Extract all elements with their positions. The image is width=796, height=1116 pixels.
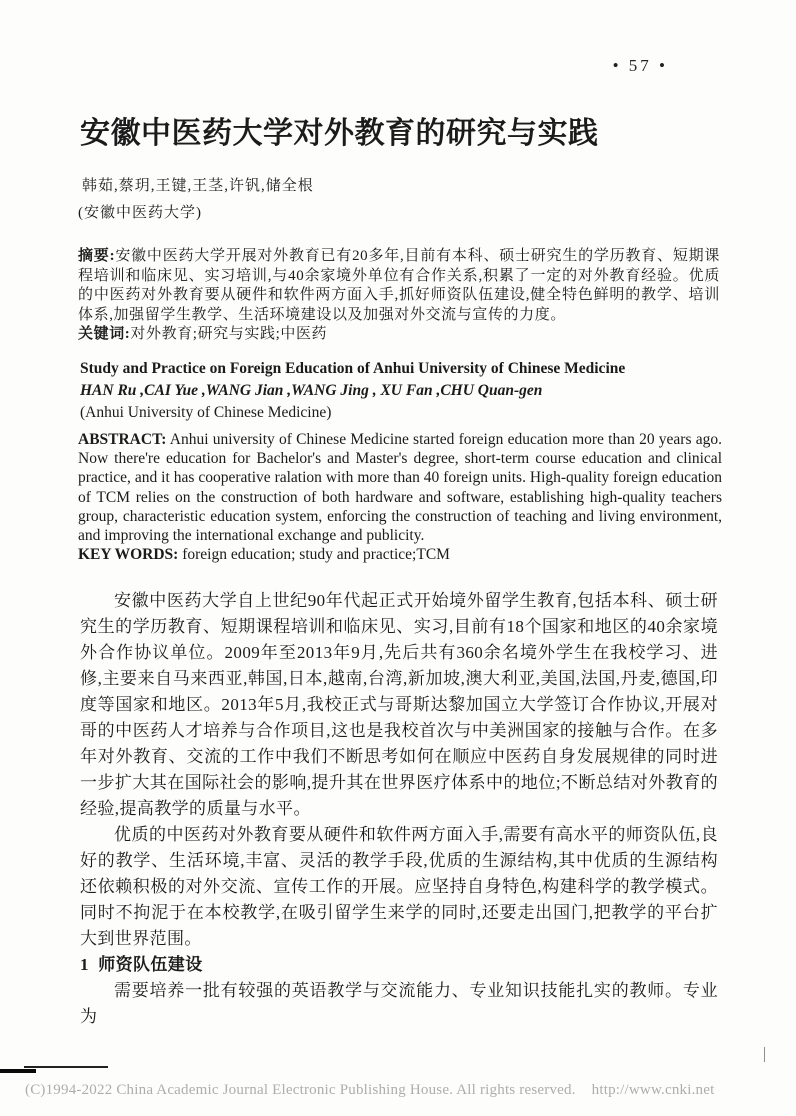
scan-artifact-tick bbox=[764, 1047, 765, 1062]
authors-zh: 韩茹,蔡玥,王键,王茎,许钒,储全根 bbox=[82, 174, 314, 195]
keywords-zh-text: 对外教育;研究与实践;中医药 bbox=[130, 326, 327, 342]
abstract-zh-paragraph: 摘要:安徽中医药大学开展对外教育已有20多年,目前有本科、硕士研究生的学历教育、… bbox=[78, 247, 720, 325]
keywords-en-paragraph: KEY WORDS: foreign education; study and … bbox=[78, 545, 722, 564]
abstract-zh-text: 安徽中医药大学开展对外教育已有20多年,目前有本科、硕士研究生的学历教育、短期课… bbox=[78, 248, 720, 323]
keywords-en-text: foreign education; study and practice;TC… bbox=[182, 546, 450, 563]
footer-rule-thin bbox=[24, 1066, 108, 1068]
keywords-zh-paragraph: 关键词:对外教育;研究与实践;中医药 bbox=[78, 325, 720, 345]
body-paragraph-2: 优质的中医药对外教育要从硬件和软件两方面入手,需要有高水平的师资队伍,良好的教学… bbox=[80, 822, 718, 952]
authors-en: HAN Ru ,CAI Yue ,WANG Jian ,WANG Jing , … bbox=[80, 380, 720, 402]
page-number: • 57 • bbox=[613, 56, 668, 76]
abstract-en-paragraph: ABSTRACT: Anhui university of Chinese Me… bbox=[78, 430, 722, 545]
scanned-paper-page: • 57 • 安徽中医药大学对外教育的研究与实践 韩茹,蔡玥,王键,王茎,许钒,… bbox=[0, 0, 796, 1116]
cnki-url: http://www.cnki.net bbox=[592, 1082, 715, 1098]
affiliation-en: (Anhui University of Chinese Medicine) bbox=[80, 402, 720, 424]
abstract-zh-block: 摘要:安徽中医药大学开展对外教育已有20多年,目前有本科、硕士研究生的学历教育、… bbox=[78, 247, 720, 345]
abstract-en-block: ABSTRACT: Anhui university of Chinese Me… bbox=[78, 430, 722, 564]
abstract-zh-label: 摘要: bbox=[78, 248, 115, 264]
abstract-en-text: Anhui university of Chinese Medicine sta… bbox=[78, 431, 722, 544]
body-paragraph-1: 安徽中医药大学自上世纪90年代起正式开始境外留学生教育,包括本科、硕士研究生的学… bbox=[80, 588, 718, 822]
section-1-paragraph: 需要培养一批有较强的英语教学与交流能力、专业知识技能扎实的教师。专业为 bbox=[80, 978, 718, 1030]
article-title-en: Study and Practice on Foreign Education … bbox=[80, 358, 720, 380]
keywords-zh-label: 关键词: bbox=[78, 326, 130, 342]
english-header-block: Study and Practice on Foreign Education … bbox=[80, 358, 720, 424]
section-1-heading: 1 师资队伍建设 bbox=[80, 952, 718, 978]
footer-rule-thick bbox=[0, 1069, 36, 1073]
affiliation-zh: (安徽中医药大学) bbox=[78, 201, 202, 222]
footer: (C)1994-2022 China Academic Journal Elec… bbox=[25, 1082, 765, 1099]
article-body: 安徽中医药大学自上世纪90年代起正式开始境外留学生教育,包括本科、硕士研究生的学… bbox=[80, 588, 718, 1030]
abstract-en-label: ABSTRACT: bbox=[78, 431, 166, 448]
article-title-zh: 安徽中医药大学对外教育的研究与实践 bbox=[80, 108, 740, 152]
keywords-en-label: KEY WORDS: bbox=[78, 546, 178, 563]
copyright-text: (C)1994-2022 China Academic Journal Elec… bbox=[25, 1082, 576, 1098]
